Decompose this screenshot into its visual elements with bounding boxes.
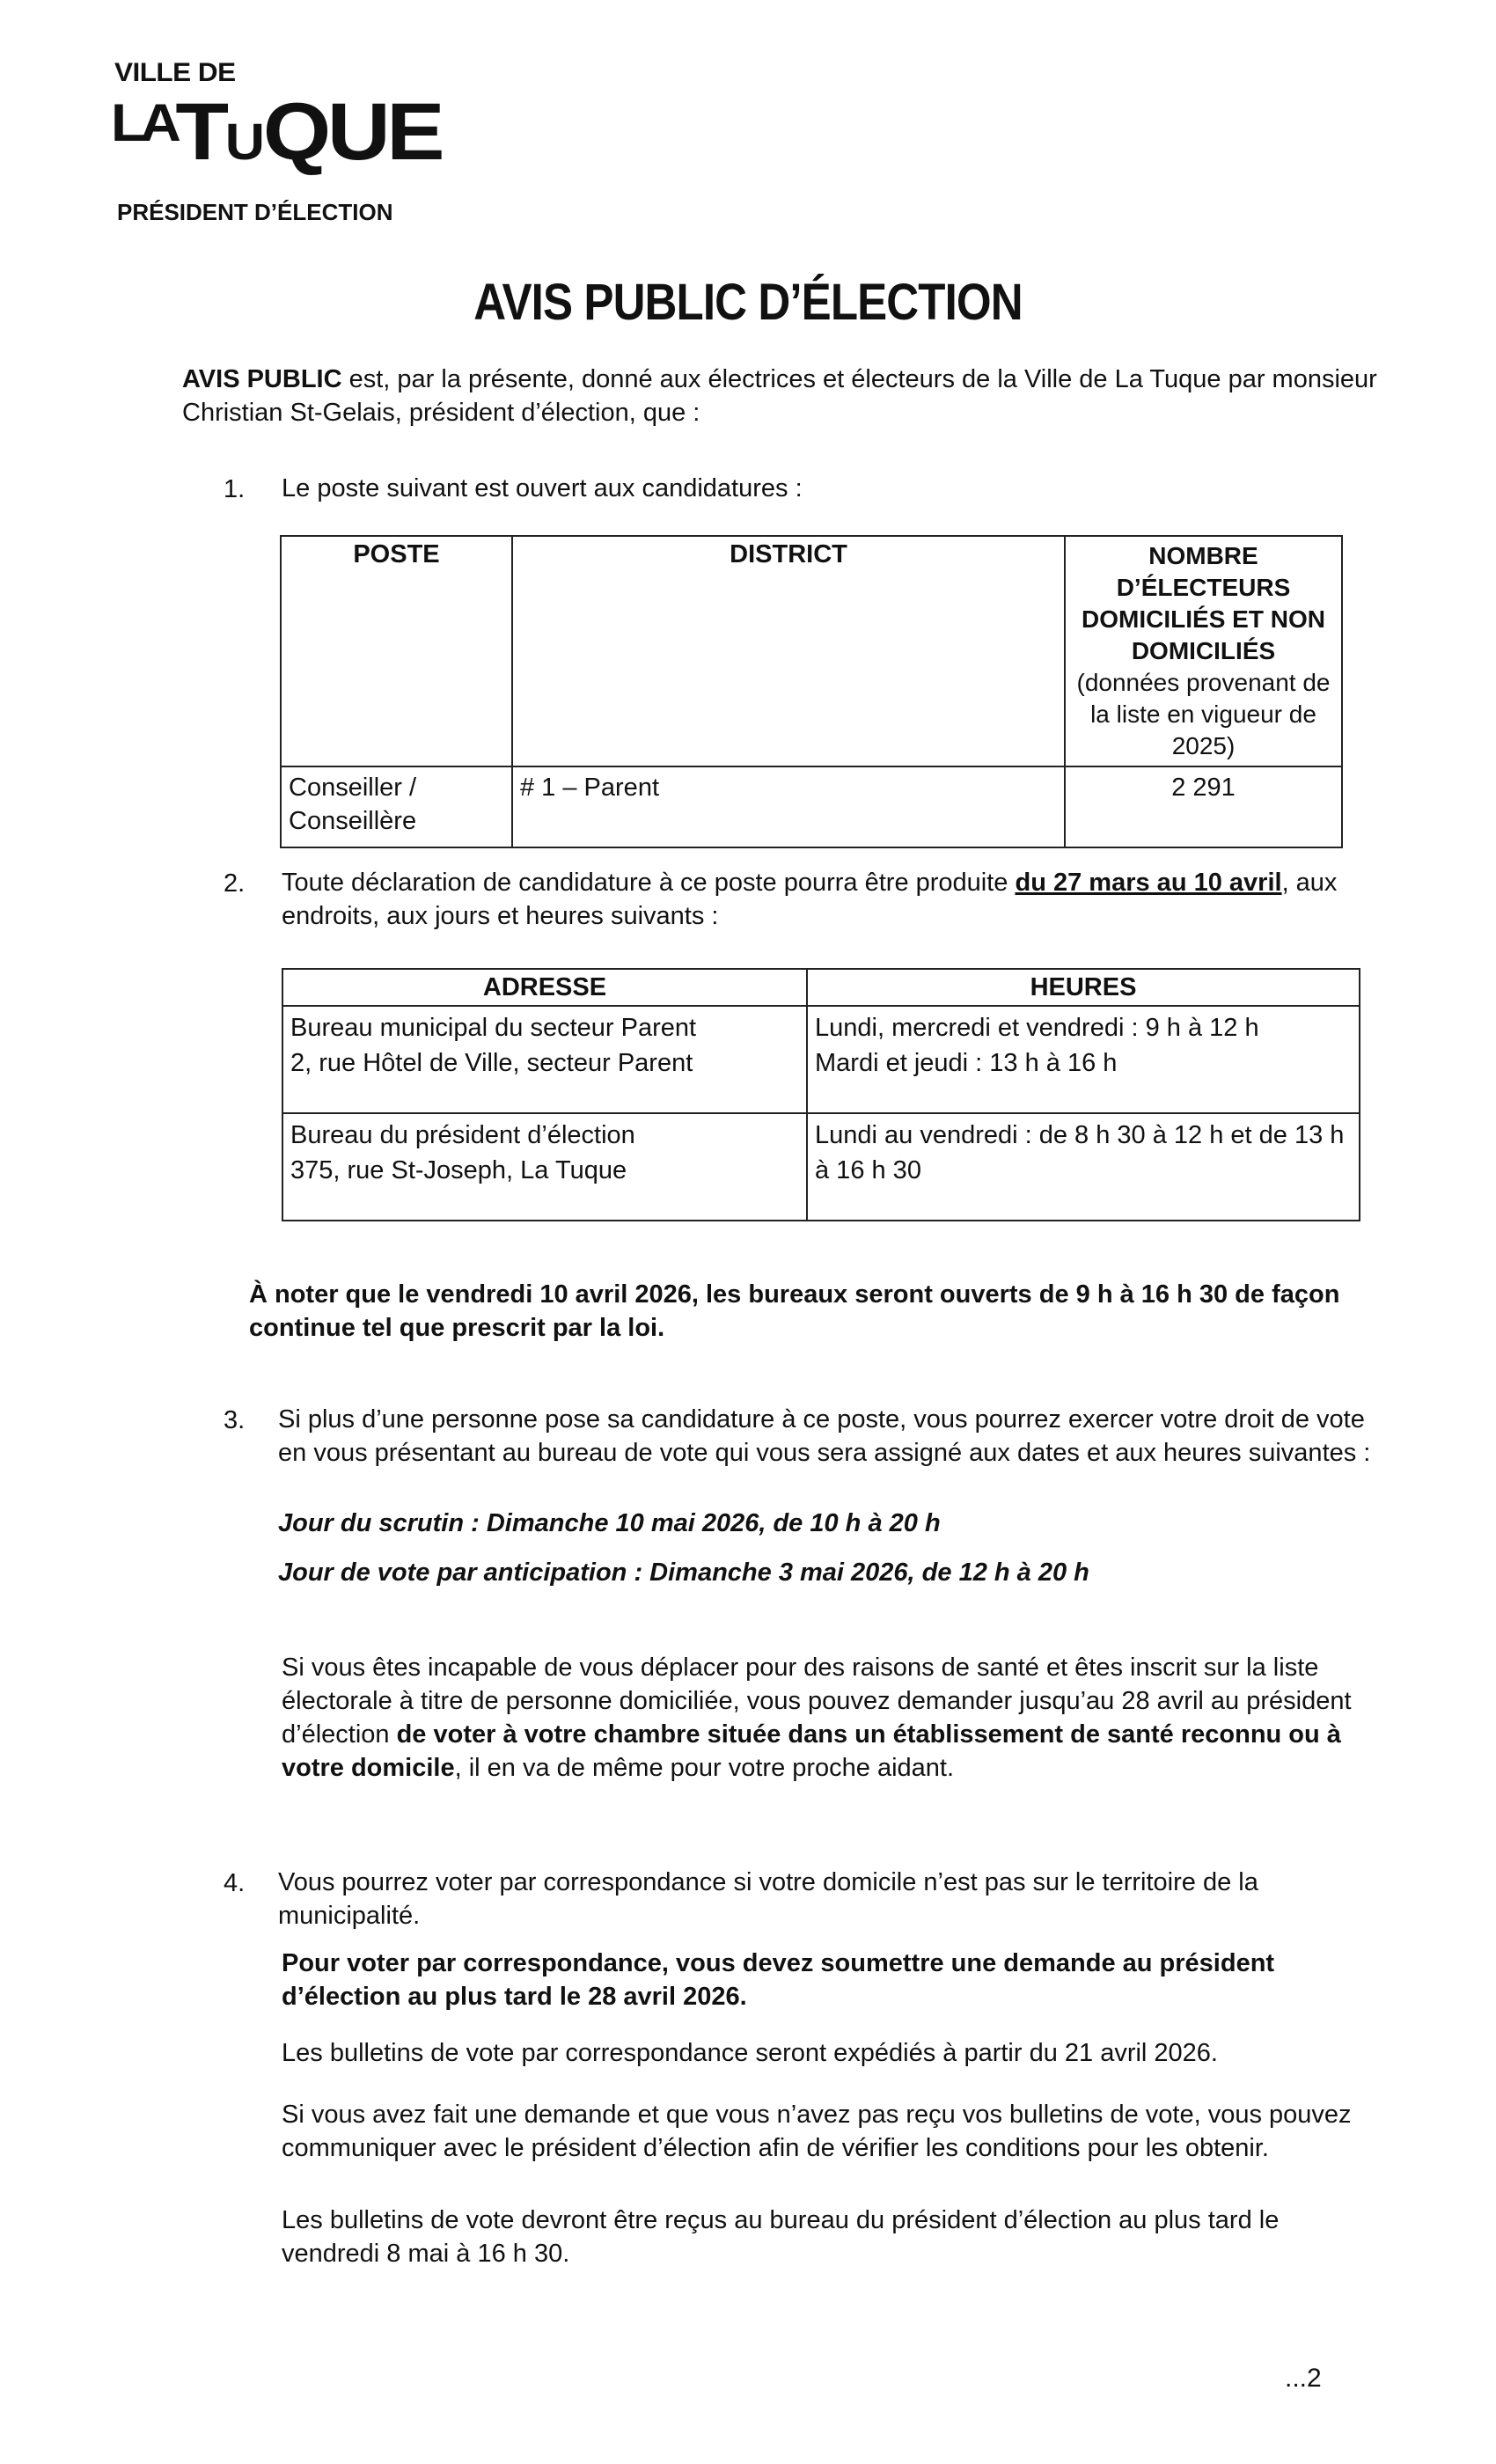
department-label: PRÉSIDENT D’ÉLECTION bbox=[117, 199, 392, 226]
page-title: AVIS PUBLIC D’ÉLECTION bbox=[90, 273, 1406, 332]
health-text-after: , il en va de même pour votre proche aid… bbox=[455, 1754, 954, 1782]
health-paragraph: Si vous êtes incapable de vous déplacer … bbox=[282, 1651, 1364, 1785]
intro-text: est, par la présente, donné aux électric… bbox=[182, 365, 1377, 427]
cell-electeurs: 2 291 bbox=[1065, 766, 1342, 847]
adresse-line2: 375, rue St-Joseph, La Tuque bbox=[290, 1153, 799, 1188]
cell-adresse: Bureau municipal du secteur Parent 2, ru… bbox=[282, 1006, 807, 1113]
shipping-info: Les bulletins de vote par correspondance… bbox=[282, 2036, 1373, 2070]
section-2-text: Toute déclaration de candidature à ce po… bbox=[282, 866, 1373, 933]
positions-table: POSTE DISTRICT NOMBRE D’ÉLECTEURS DOMICI… bbox=[280, 535, 1343, 848]
section-1-number: 1. bbox=[224, 475, 245, 504]
header-adresse: ADRESSE bbox=[282, 969, 807, 1006]
section-2-number: 2. bbox=[224, 869, 245, 898]
logo-u: U bbox=[225, 114, 263, 171]
logo-la: LA bbox=[111, 97, 175, 150]
section-4-number: 4. bbox=[224, 1869, 245, 1898]
city-logo: LATUQUE bbox=[111, 92, 441, 172]
logo-que: QUE bbox=[263, 87, 441, 177]
not-received-info: Si vous avez fait une demande et que vou… bbox=[282, 2098, 1373, 2165]
section-1-text: Le poste suivant est ouvert aux candidat… bbox=[282, 472, 803, 505]
cell-adresse: Bureau du président d’élection 375, rue … bbox=[282, 1113, 807, 1221]
cell-district: # 1 – Parent bbox=[512, 766, 1065, 847]
adresse-line1: Bureau du président d’élection bbox=[290, 1118, 799, 1153]
cell-heures: Lundi au vendredi : de 8 h 30 à 12 h et … bbox=[807, 1113, 1360, 1221]
city-label: VILLE DE bbox=[114, 58, 236, 88]
anticipation-date: Jour de vote par anticipation : Dimanche… bbox=[278, 1556, 1089, 1589]
heures-line1: Lundi au vendredi : de 8 h 30 à 12 h et … bbox=[815, 1118, 1352, 1188]
section-3-number: 3. bbox=[224, 1406, 245, 1435]
candidature-dates: du 27 mars au 10 avril bbox=[1016, 869, 1282, 897]
table-header-row: POSTE DISTRICT NOMBRE D’ÉLECTEURS DOMICI… bbox=[281, 536, 1342, 766]
adresse-line1: Bureau municipal du secteur Parent bbox=[290, 1010, 799, 1045]
section-4-text: Vous pourrez voter par correspondance si… bbox=[278, 1866, 1387, 1932]
correspondence-deadline: Pour voter par correspondance, vous deve… bbox=[282, 1947, 1373, 2013]
section-2-text-before: Toute déclaration de candidature à ce po… bbox=[282, 869, 1016, 897]
adresse-line2: 2, rue Hôtel de Ville, secteur Parent bbox=[290, 1045, 799, 1081]
table-row: Conseiller / Conseillère # 1 – Parent 2 … bbox=[281, 766, 1342, 847]
header-district: DISTRICT bbox=[512, 536, 1065, 766]
header-electeurs-note: (données provenant de la liste en vigueu… bbox=[1073, 667, 1334, 762]
page-continuation: ...2 bbox=[1285, 2364, 1322, 2394]
offices-table: ADRESSE HEURES Bureau municipal du secte… bbox=[282, 968, 1360, 1221]
table-header-row: ADRESSE HEURES bbox=[282, 969, 1360, 1006]
scrutin-date: Jour du scrutin : Dimanche 10 mai 2026, … bbox=[278, 1507, 941, 1540]
intro-paragraph: AVIS PUBLIC est, par la présente, donné … bbox=[182, 363, 1379, 429]
header-heures: HEURES bbox=[807, 969, 1360, 1006]
table-row: Bureau du président d’élection 375, rue … bbox=[282, 1113, 1360, 1221]
header-electeurs-title: NOMBRE D’ÉLECTEURS DOMICILIÉS ET NON DOM… bbox=[1073, 540, 1334, 667]
heures-line2: Mardi et jeudi : 13 h à 16 h bbox=[815, 1045, 1352, 1081]
table-row: Bureau municipal du secteur Parent 2, ru… bbox=[282, 1006, 1360, 1113]
cell-poste: Conseiller / Conseillère bbox=[281, 766, 512, 847]
header-poste: POSTE bbox=[281, 536, 512, 766]
heures-line1: Lundi, mercredi et vendredi : 9 h à 12 h bbox=[815, 1010, 1352, 1045]
return-deadline: Les bulletins de vote devront être reçus… bbox=[282, 2204, 1373, 2270]
friday-note: À noter que le vendredi 10 avril 2026, l… bbox=[249, 1278, 1349, 1345]
intro-lead: AVIS PUBLIC bbox=[182, 365, 342, 393]
header-electeurs: NOMBRE D’ÉLECTEURS DOMICILIÉS ET NON DOM… bbox=[1065, 536, 1342, 766]
section-3-text: Si plus d’une personne pose sa candidatu… bbox=[278, 1403, 1378, 1470]
cell-heures: Lundi, mercredi et vendredi : 9 h à 12 h… bbox=[807, 1006, 1360, 1113]
logo-t: T bbox=[175, 87, 224, 177]
